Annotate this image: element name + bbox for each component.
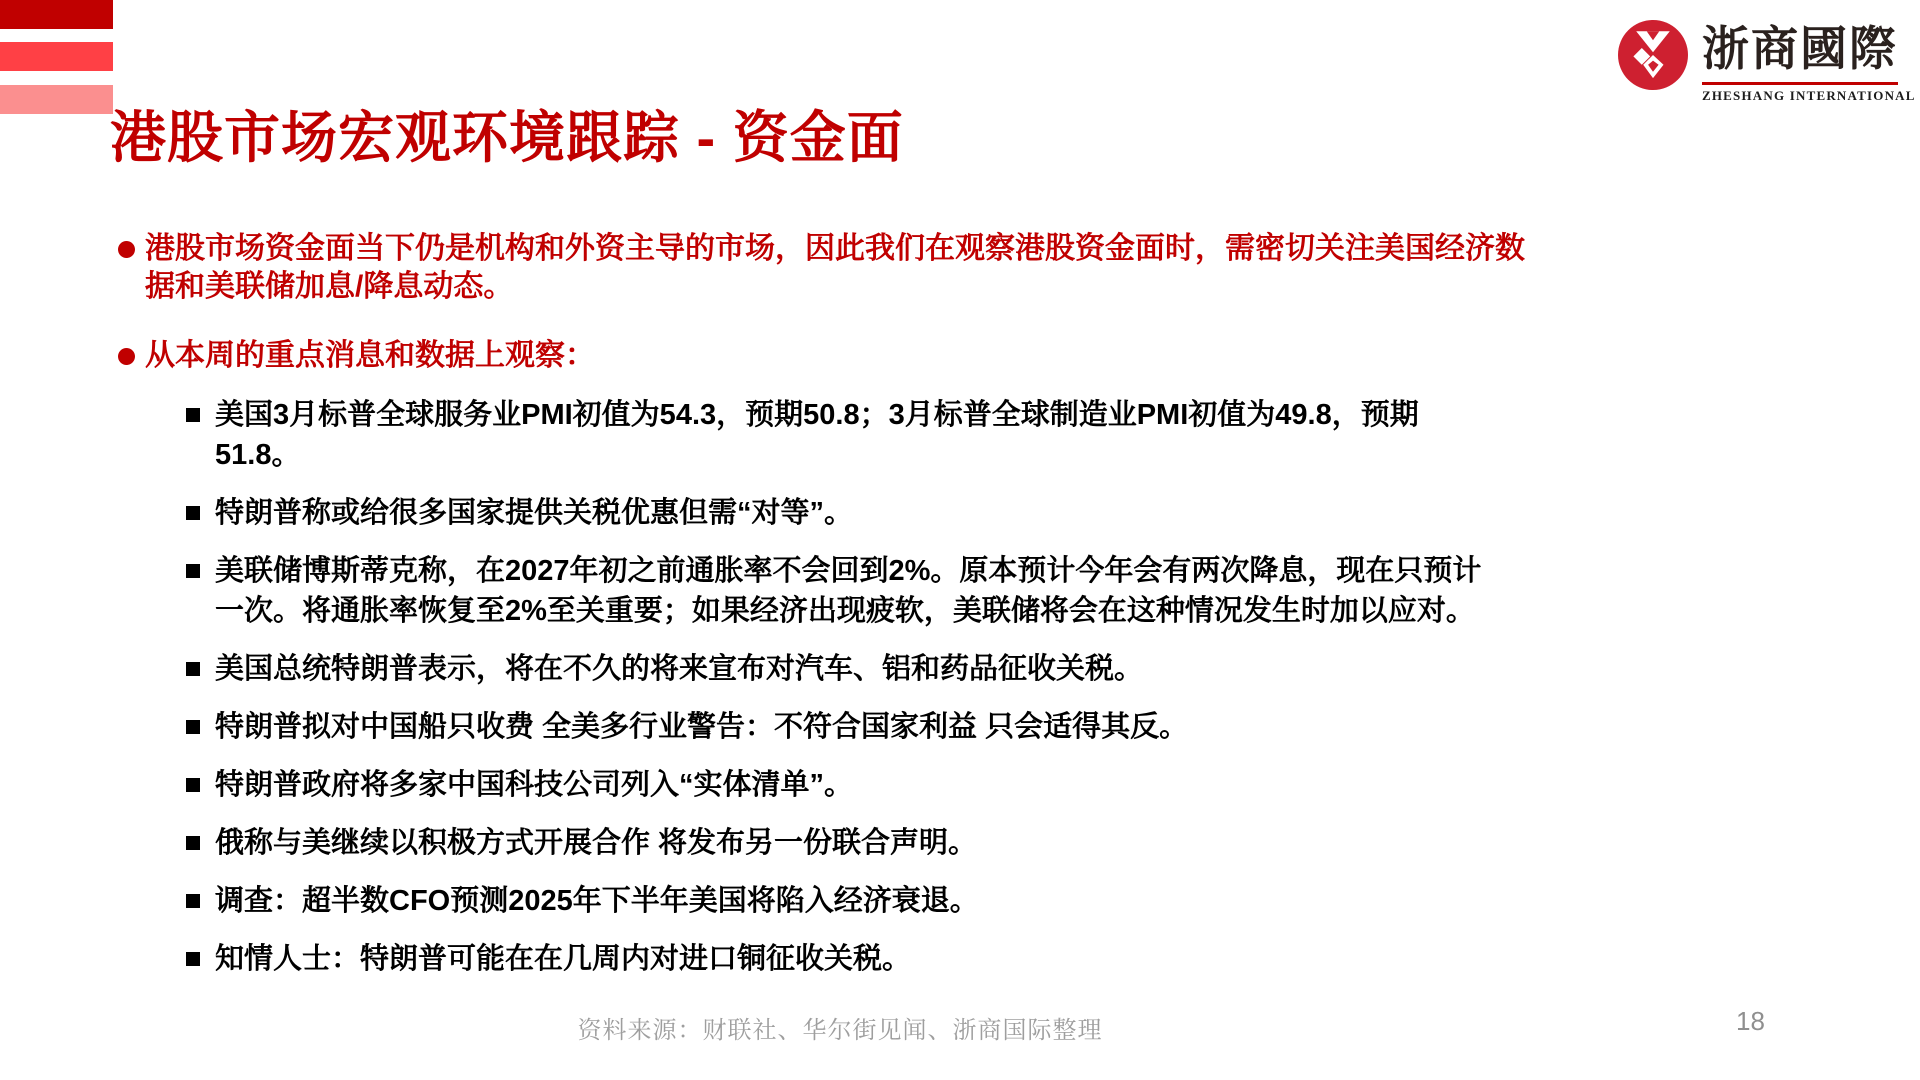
zheshang-logo: 浙商國際 ZHESHANG INTERNATIONAL (1618, 20, 1916, 104)
sub-bullet-text: 特朗普政府将多家中国科技公司列入“实体清单”。 (215, 765, 853, 805)
bullet-square-icon (186, 662, 200, 676)
bullet-dot-icon (118, 241, 135, 258)
sub-bullet-item: 美联储博斯蒂克称，在2027年初之前通胀率不会回到2%。原本预计今年会有两次降息… (186, 551, 1593, 631)
bullet-text: 从本周的重点消息和数据上观察： (145, 337, 595, 375)
bullet-text: 港股市场资金面当下仍是机构和外资主导的市场，因此我们在观察港股资金面时，需密切关… (145, 230, 1525, 306)
bullet-square-icon (186, 720, 200, 734)
sub-bullet-text: 美国总统特朗普表示，将在不久的将来宣布对汽车、铝和药品征收关税。 (215, 649, 1143, 689)
sub-bullet-item: 美国3月标普全球服务业PMI初值为54.3，预期50.8；3月标普全球制造业PM… (186, 395, 1593, 475)
deco-bar-pink (0, 85, 113, 114)
sub-bullet-text: 美国3月标普全球服务业PMI初值为54.3，预期50.8；3月标普全球制造业PM… (215, 395, 1419, 475)
sub-bullet-text: 俄称与美继续以积极方式开展合作 将发布另一份联合声明。 (215, 823, 977, 863)
bullet-square-icon (186, 778, 200, 792)
logo-text-block: 浙商國際 ZHESHANG INTERNATIONAL (1702, 20, 1916, 104)
bullet-square-icon (186, 952, 200, 966)
sub-bullet-item: 俄称与美继续以积极方式开展合作 将发布另一份联合声明。 (186, 823, 1593, 863)
bullet-item: 港股市场资金面当下仍是机构和外资主导的市场，因此我们在观察港股资金面时，需密切关… (118, 230, 1593, 306)
sub-bullet-text: 特朗普称或给很多国家提供关税优惠但需“对等”。 (215, 493, 853, 533)
page-title: 港股市场宏观环境跟踪 - 资金面 (110, 94, 904, 174)
bullet-square-icon (186, 564, 200, 578)
deco-bar-dark-red (0, 0, 113, 29)
sub-bullet-item: 特朗普政府将多家中国科技公司列入“实体清单”。 (186, 765, 1593, 805)
bullet-square-icon (186, 894, 200, 908)
bullet-square-icon (186, 836, 200, 850)
bullet-dot-icon (118, 348, 135, 365)
sub-bullet-item: 知情人士：特朗普可能在在几周内对进口铜征收关税。 (186, 939, 1593, 979)
slide: 港股市场宏观环境跟踪 - 资金面 浙商國際 ZHESHANG INTERNATI… (0, 0, 1920, 1080)
zheshang-logo-icon (1618, 20, 1688, 90)
sub-bullet-list: 美国3月标普全球服务业PMI初值为54.3，预期50.8；3月标普全球制造业PM… (118, 395, 1593, 979)
slide-body: 港股市场资金面当下仍是机构和外资主导的市场，因此我们在观察港股资金面时，需密切关… (118, 230, 1593, 997)
sub-bullet-item: 特朗普称或给很多国家提供关税优惠但需“对等”。 (186, 493, 1593, 533)
deco-bar-red (0, 42, 113, 71)
sub-bullet-item: 调查：超半数CFO预测2025年下半年美国将陷入经济衰退。 (186, 881, 1593, 921)
footer-source: 资料来源：财联社、华尔街见闻、浙商国际整理 (400, 1010, 1280, 1045)
sub-bullet-item: 美国总统特朗普表示，将在不久的将来宣布对汽车、铝和药品征收关税。 (186, 649, 1593, 689)
sub-bullet-item: 特朗普拟对中国船只收费 全美多行业警告：不符合国家利益 只会适得其反。 (186, 707, 1593, 747)
logo-name-en: ZHESHANG INTERNATIONAL (1702, 88, 1916, 104)
sub-bullet-text: 特朗普拟对中国船只收费 全美多行业警告：不符合国家利益 只会适得其反。 (215, 707, 1188, 747)
page-number: 18 (1736, 1006, 1765, 1037)
bullet-square-icon (186, 408, 200, 422)
logo-name-cn: 浙商國際 (1702, 20, 1916, 80)
sub-bullet-text: 调查：超半数CFO预测2025年下半年美国将陷入经济衰退。 (215, 881, 979, 921)
sub-bullet-text: 美联储博斯蒂克称，在2027年初之前通胀率不会回到2%。原本预计今年会有两次降息… (215, 551, 1481, 631)
bullet-item: 从本周的重点消息和数据上观察： (118, 337, 1593, 375)
bullet-square-icon (186, 506, 200, 520)
sub-bullet-text: 知情人士：特朗普可能在在几周内对进口铜征收关税。 (215, 939, 911, 979)
logo-rule (1702, 82, 1898, 85)
